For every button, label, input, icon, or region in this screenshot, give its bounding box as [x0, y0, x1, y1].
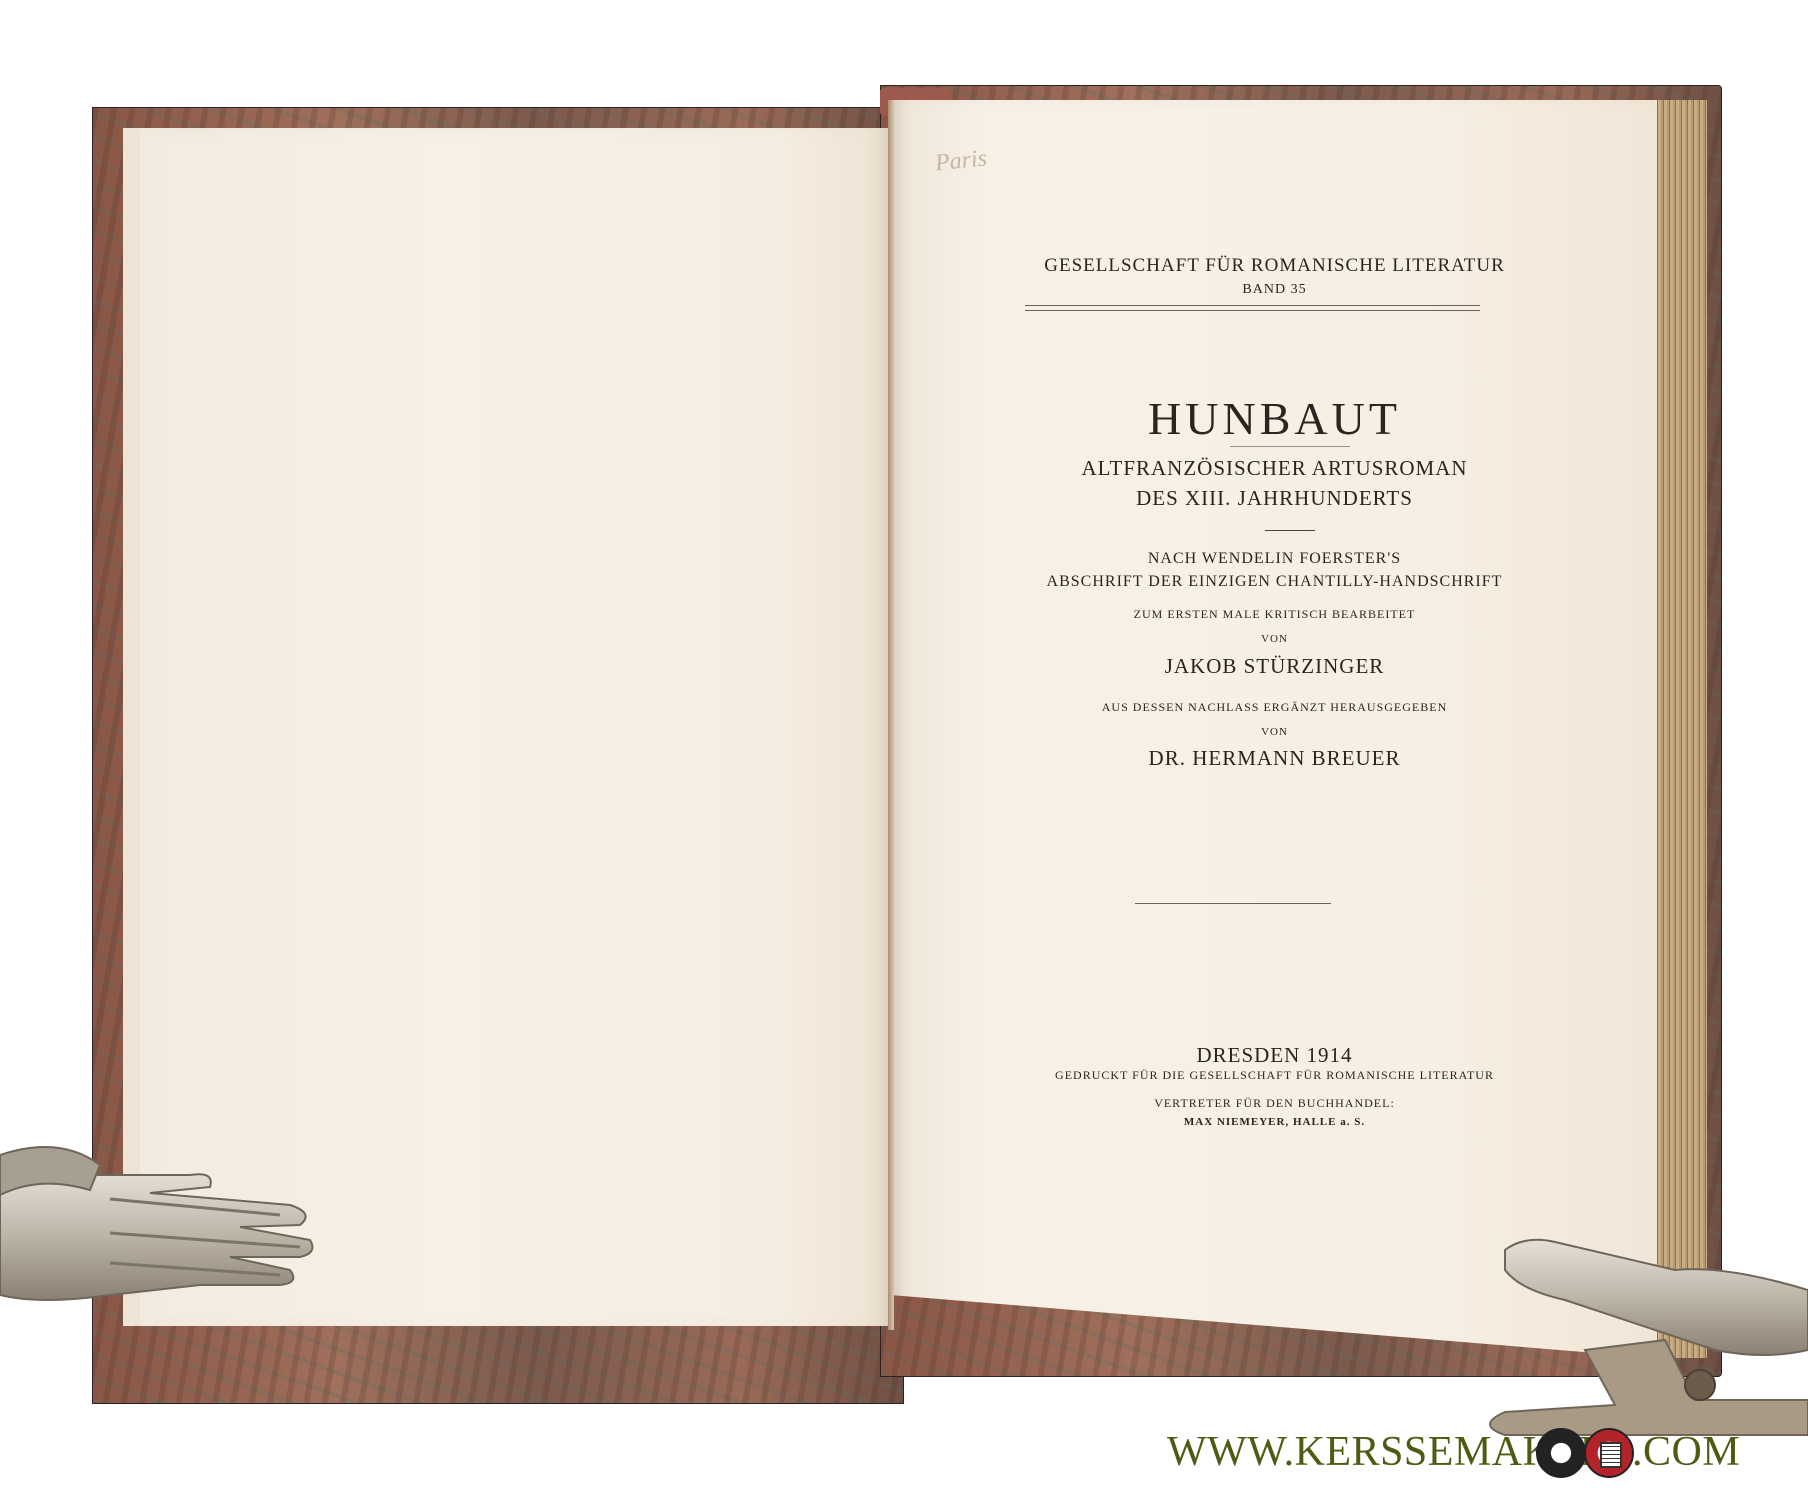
closing-rule	[1135, 903, 1331, 904]
double-rule-top	[1025, 305, 1480, 306]
source-line-1: NACH WENDELIN FOERSTER'S	[892, 550, 1657, 568]
von-label-1: VON	[892, 633, 1657, 645]
completion-note: AUS DESSEN NACHLASS ERGÄNZT HERAUSGEGEBE…	[892, 700, 1657, 715]
metal-hand-holder-right	[1465, 1230, 1808, 1450]
pencil-note: Paris	[934, 145, 989, 177]
ilab-logo-icon	[1584, 1428, 1634, 1478]
series-volume: BAND 35	[892, 282, 1657, 298]
double-rule-bottom	[1025, 310, 1480, 311]
watermark-url: WWW.KERSSEMAKERS.COM	[1167, 1428, 1740, 1476]
antiquarian-association-logo-icon	[1536, 1428, 1586, 1478]
metal-hand-holder-left	[0, 1135, 315, 1310]
author-name: JAKOB STÜRZINGER	[892, 654, 1657, 679]
short-divider	[1265, 530, 1315, 531]
distributor-name: MAX NIEMEYER, HALLE a. S.	[892, 1116, 1657, 1128]
editor-name: DR. HERMANN BREUER	[892, 746, 1657, 771]
page-edges	[1655, 100, 1707, 1358]
imprint-printed-for: GEDRUCKT FÜR DIE GESELLSCHAFT FÜR ROMANI…	[892, 1068, 1657, 1083]
book-title: HUNBAUT	[892, 392, 1657, 445]
series-name: GESELLSCHAFT FÜR ROMANISCHE LITERATUR	[892, 255, 1657, 277]
imprint-place-year: DRESDEN 1914	[892, 1043, 1657, 1068]
von-label-2: VON	[892, 726, 1657, 738]
subtitle-line-1: ALTFRANZÖSISCHER ARTUSROMAN	[892, 456, 1657, 481]
edition-note: ZUM ERSTEN MALE KRITISCH BEARBEITET	[892, 607, 1657, 622]
source-line-2: ABSCHRIFT DER EINZIGEN CHANTILLY-HANDSCH…	[892, 573, 1657, 591]
subtitle-line-2: DES XIII. JAHRHUNDERTS	[892, 486, 1657, 511]
bookcase-icon	[1600, 1442, 1622, 1468]
title-underline	[1230, 446, 1350, 447]
distributor-label: VERTRETER FÜR DEN BUCHHANDEL:	[892, 1096, 1657, 1111]
